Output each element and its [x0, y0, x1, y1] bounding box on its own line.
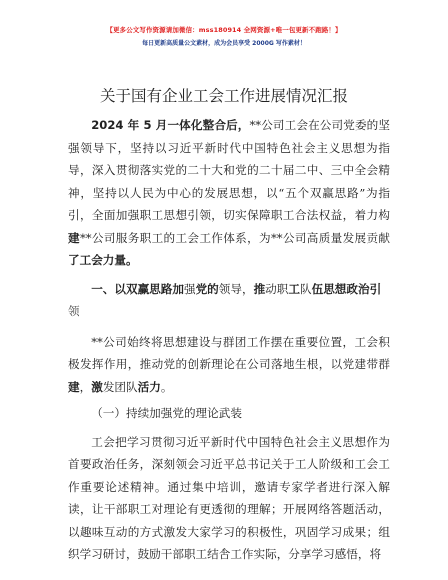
- resource-banner-line2: 每日更新高质量公文素材，成为会员享受 2000G 写作素材！: [0, 38, 448, 47]
- intro-lead: 2024 年 5 月一体化整合后，: [91, 118, 249, 132]
- document-body: 2024 年 5 月一体化整合后，**公司工会在公司党委的坚强领导下，坚持以习近…: [68, 114, 390, 566]
- section-1-heading: 一、以双赢思路加强党的领导，推动职工队伍思想政治引: [68, 278, 390, 301]
- subsection-1-paragraph: 工会把学习贯彻习近平新时代中国特色社会主义思想作为首要政治任务，深刻领会习近平总…: [68, 431, 390, 566]
- section-1-heading-cont: 领: [68, 300, 390, 323]
- document-title: 关于国有企业工会工作进展情况汇报: [0, 84, 448, 106]
- resource-banner-line1: 【更多公文写作资源请加微信：mss180914 全网资源+唯一包更新不跑路！】: [0, 25, 448, 34]
- intro-paragraph: 2024 年 5 月一体化整合后，**公司工会在公司党委的坚强领导下，坚持以习近…: [68, 114, 390, 272]
- subsection-1-heading: （一）持续加强党的理论武装: [68, 402, 390, 425]
- section-1-paragraph: **公司始终将思想建设与群团工作摆在重要位置，工会积极发挥作用，推动党的创新理论…: [68, 331, 390, 399]
- page-number: 1: [0, 548, 448, 557]
